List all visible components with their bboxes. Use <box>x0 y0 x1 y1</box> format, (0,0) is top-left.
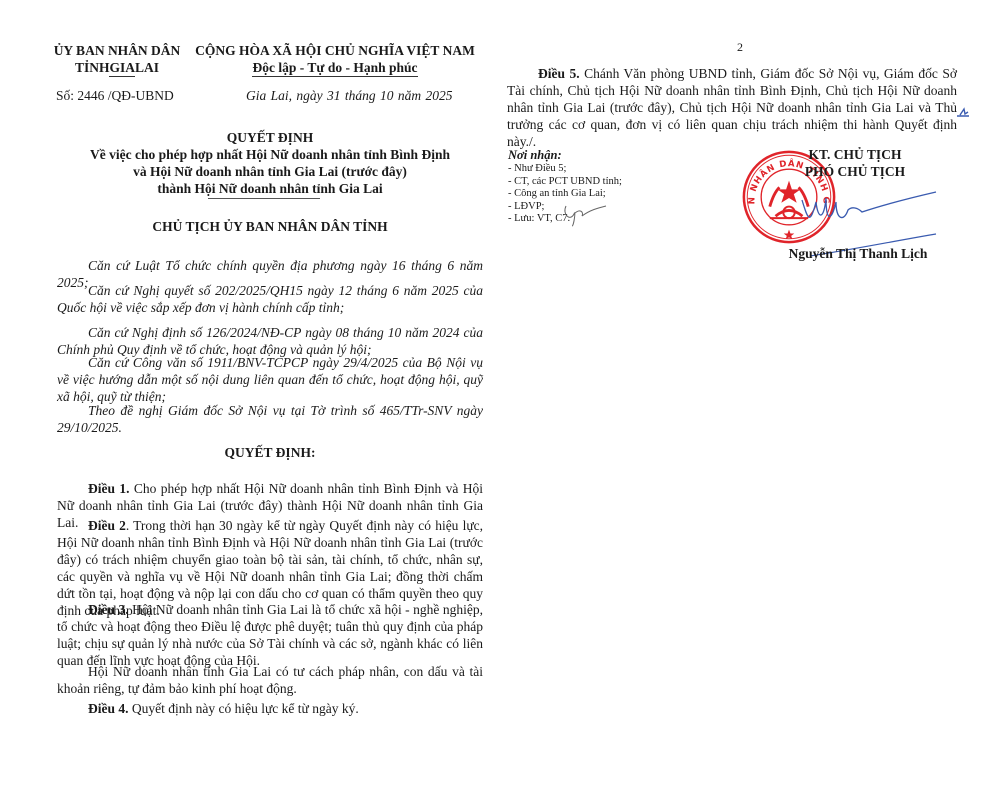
signer-position: PHÓ CHỦ TỊCH <box>790 163 920 180</box>
signature-title: KT. CHỦ TỊCH PHÓ CHỦ TỊCH <box>790 146 920 180</box>
place-date: Gia Lai, ngày 31 tháng 10 năm 2025 <box>246 88 453 104</box>
recipients-heading: Nơi nhận: <box>508 148 622 163</box>
country-name: CỘNG HÒA XÃ HỘI CHỦ NGHĨA VIỆT NAM <box>190 42 480 59</box>
document-title: QUYẾT ĐỊNH Về việc cho phép hợp nhất Hội… <box>60 129 480 199</box>
recipient-item: - Công an tỉnh Gia Lai; <box>508 188 622 201</box>
article-label: Điều 5. <box>538 66 580 81</box>
legal-basis: Căn cứ Nghị định số 126/2024/NĐ-CP ngày … <box>57 324 483 358</box>
paraph-icon <box>560 200 608 228</box>
article-5: Điều 5. Chánh Văn phòng UBND tỉnh, Giám … <box>507 65 957 150</box>
article-label: Điều 3. <box>88 602 129 617</box>
signer-name: Nguyễn Thị Thanh Lịch <box>758 246 958 262</box>
legal-basis: Căn cứ Nghị quyết số 202/2025/QH15 ngày … <box>57 282 483 316</box>
article-label: Điều 1. <box>88 481 130 496</box>
legal-basis: Theo đề nghị Giám đốc Sở Nội vụ tại Tờ t… <box>57 402 483 436</box>
recipient-item: - CT, các PCT UBND tỉnh; <box>508 176 622 189</box>
article-3-clause: Hội Nữ doanh nhân tỉnh Gia Lai có tư các… <box>57 663 483 697</box>
document-number: Số: 2446 /QĐ-UBND <box>56 88 174 104</box>
signer-capacity: KT. CHỦ TỊCH <box>790 146 920 163</box>
article-label: Điều 4. <box>88 701 129 716</box>
issuing-agency: ỦY BAN NHÂN DÂN TỈNH GIA LAI <box>48 42 186 77</box>
article-text: Hội Nữ doanh nhân tỉnh Gia Lai có tư các… <box>57 664 483 696</box>
article-3: Điều 3. Hội Nữ doanh nhân tỉnh Gia Lai l… <box>57 601 483 669</box>
title-divider <box>208 198 320 199</box>
page-number: 2 <box>737 40 743 55</box>
agency-line-2: TỈNH GIA LAI <box>48 59 186 77</box>
agency-underline: GIA <box>109 60 135 77</box>
national-motto: Độc lập - Tự do - Hạnh phúc <box>252 60 417 77</box>
subject-line: thành Hội Nữ doanh nhân tỉnh Gia Lai <box>60 180 480 197</box>
decision-heading: QUYẾT ĐỊNH: <box>60 445 480 461</box>
legal-basis: Căn cứ Công văn số 1911/BNV-TCPCP ngày 2… <box>57 354 483 405</box>
agency-line-2-pre: TỈNH <box>75 60 110 75</box>
subject-line: Về việc cho phép hợp nhất Hội Nữ doanh n… <box>60 146 480 163</box>
issuing-authority: CHỦ TỊCH ỦY BAN NHÂN DÂN TỈNH <box>60 219 480 235</box>
article-label: Điều 2 <box>88 518 126 533</box>
recipient-item: - Như Điều 5; <box>508 163 622 176</box>
article-text: Quyết định này có hiệu lực kể từ ngày ký… <box>129 701 359 716</box>
agency-line-1: ỦY BAN NHÂN DÂN <box>48 42 186 59</box>
initial-mark-icon <box>955 106 971 118</box>
agency-line-2-post: LAI <box>135 60 159 75</box>
document-type: QUYẾT ĐỊNH <box>60 129 480 146</box>
article-4: Điều 4. Quyết định này có hiệu lực kể từ… <box>57 700 483 717</box>
subject-line: và Hội Nữ doanh nhân tỉnh Gia Lai (trước… <box>60 163 480 180</box>
national-header: CỘNG HÒA XÃ HỘI CHỦ NGHĨA VIỆT NAM Độc l… <box>190 42 480 77</box>
